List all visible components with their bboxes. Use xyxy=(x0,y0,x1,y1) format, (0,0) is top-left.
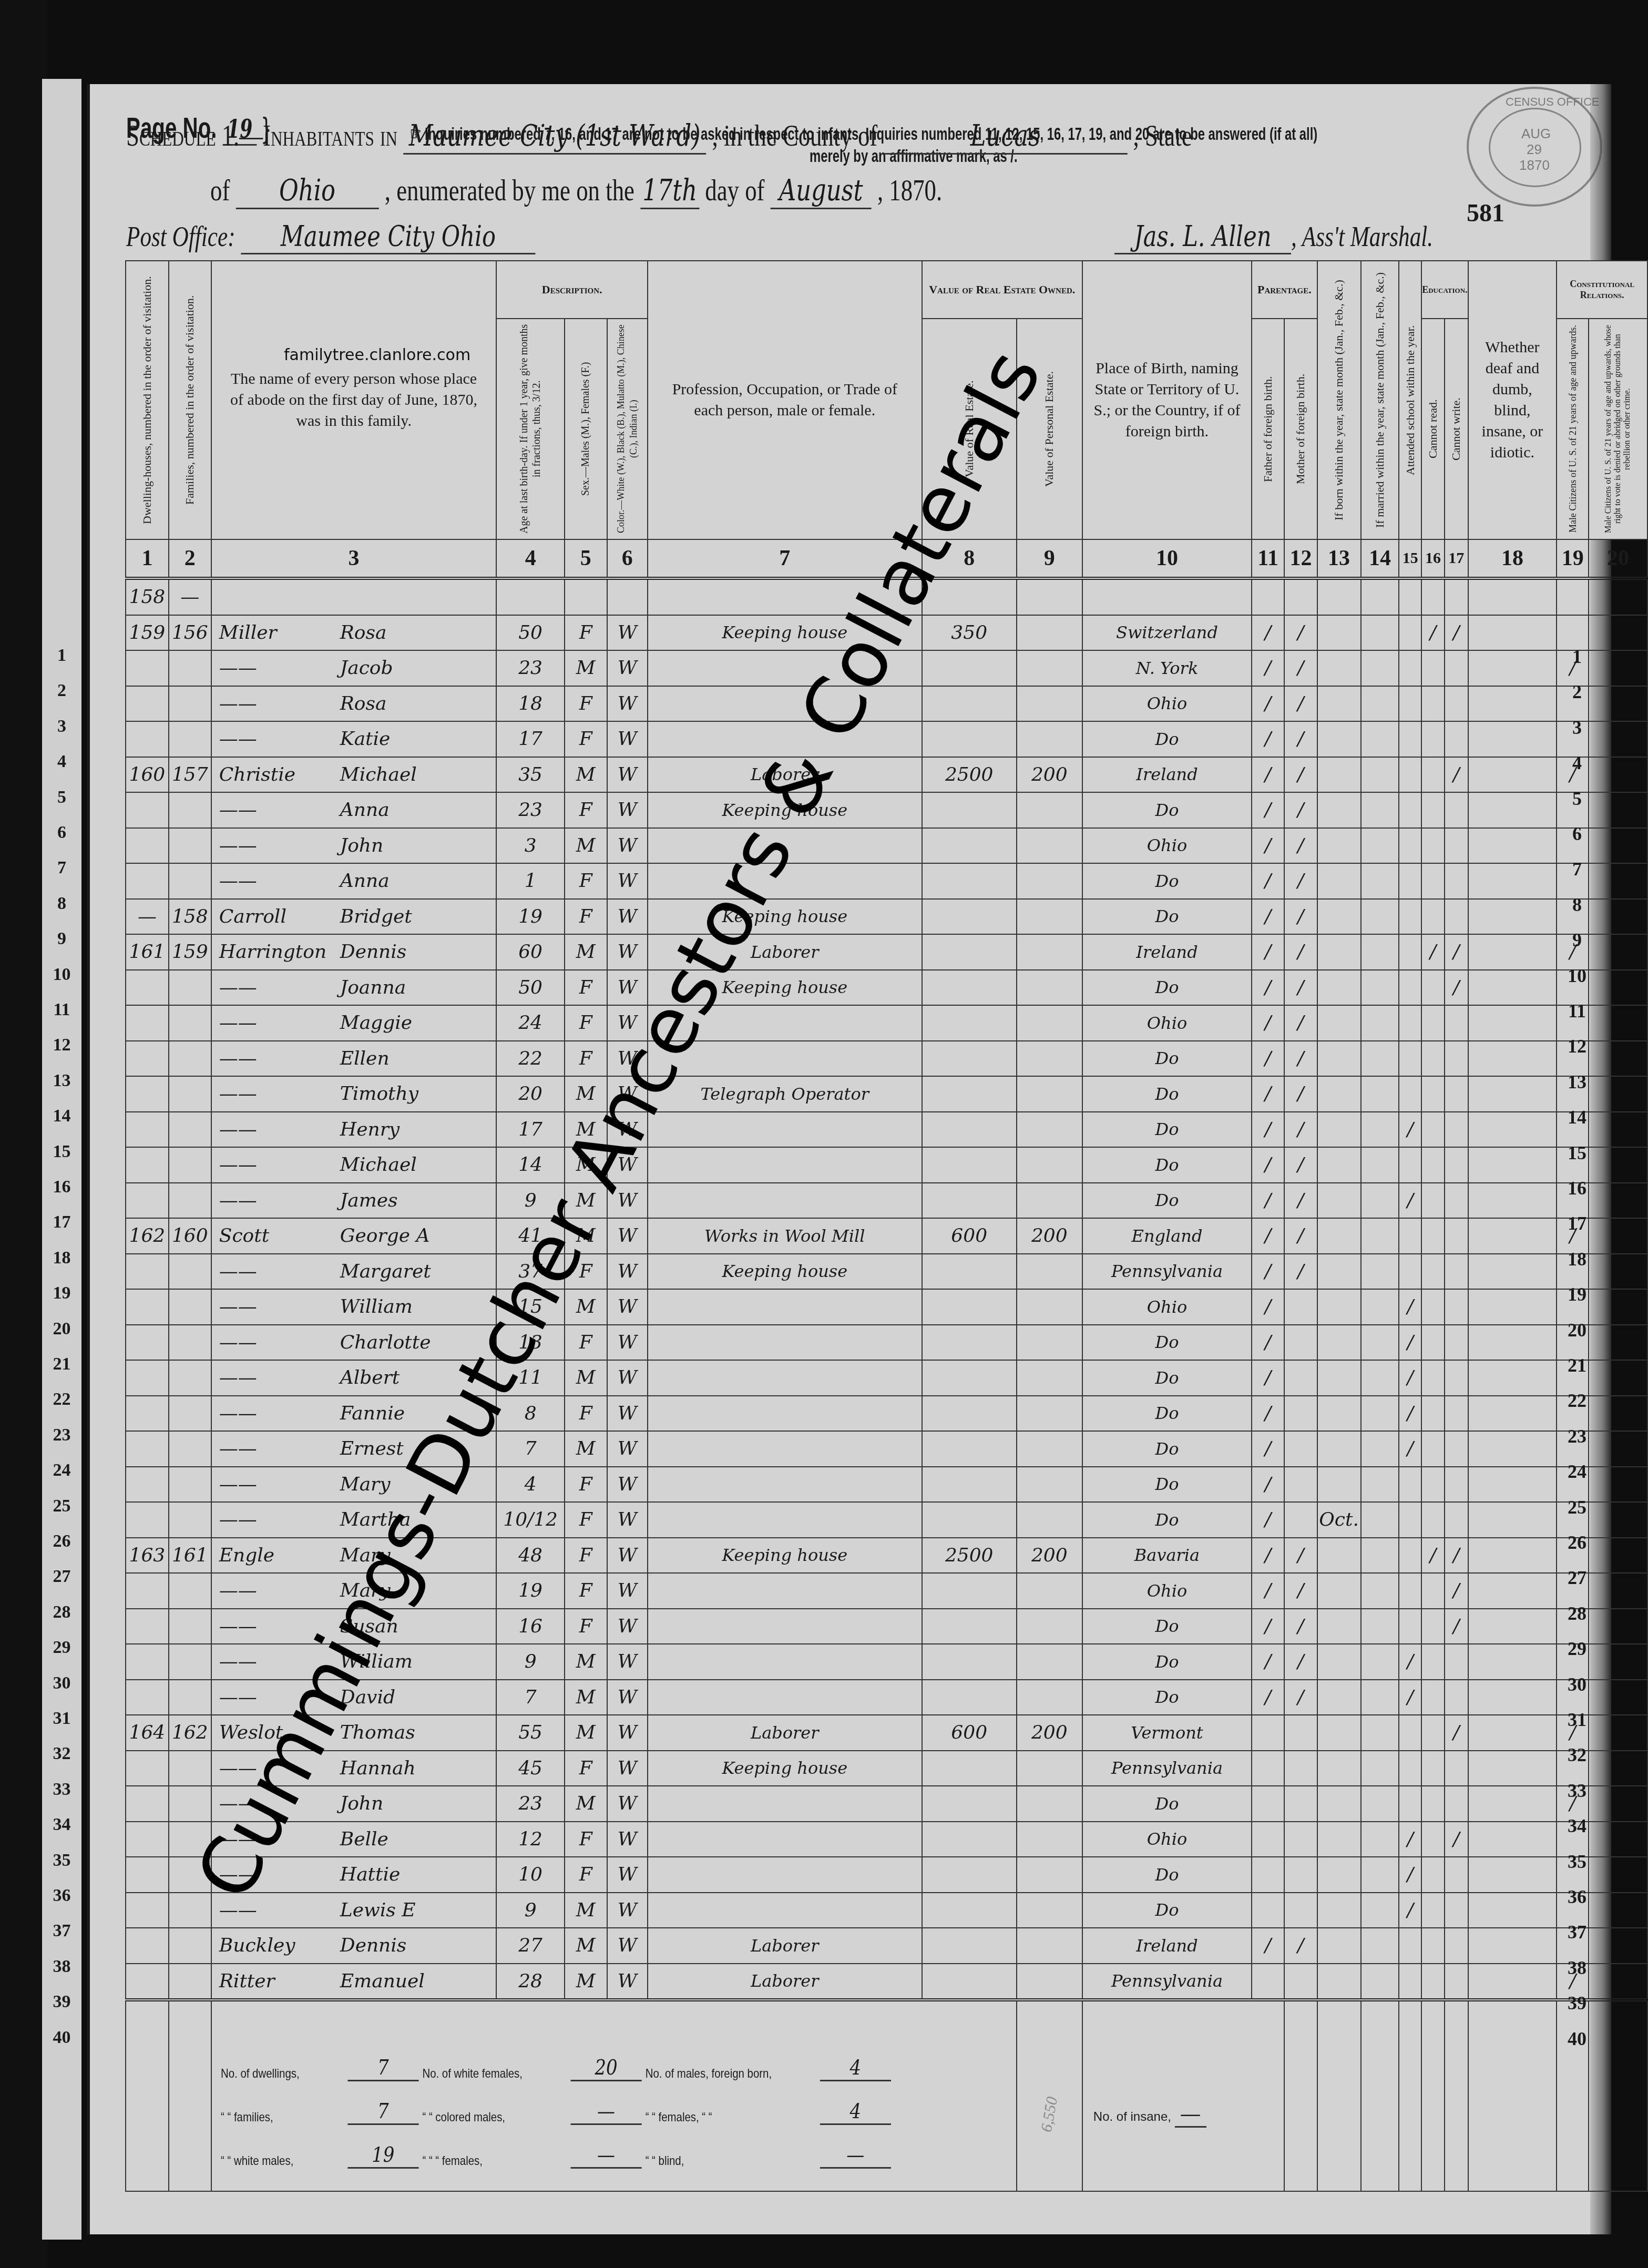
cell-disability xyxy=(1468,757,1557,793)
cell-mother-foreign: / xyxy=(1284,1644,1317,1680)
column-number: 20 xyxy=(1589,539,1647,578)
given-name: John xyxy=(340,835,383,856)
cell-disability xyxy=(1468,1964,1557,2000)
cell-age: 28 xyxy=(496,1964,565,2000)
cell-father-foreign: / xyxy=(1252,1360,1284,1396)
cell-father-foreign: / xyxy=(1252,1183,1284,1219)
cell-sex: F xyxy=(565,899,607,935)
cell-born-month xyxy=(1317,1573,1361,1609)
cell-mother-foreign: / xyxy=(1284,1609,1317,1644)
cell-married-month xyxy=(1361,1751,1399,1786)
cell-vote-denied xyxy=(1589,1325,1647,1361)
cell-born-month: Oct. xyxy=(1317,1502,1361,1538)
column-number: 1 xyxy=(126,539,169,578)
person-name: ——Michael xyxy=(211,1147,497,1183)
cell-school xyxy=(1399,828,1421,864)
cell-sex: F xyxy=(565,1325,607,1361)
cell-family xyxy=(169,686,211,722)
cell-occupation xyxy=(648,1857,922,1893)
cell-disability xyxy=(1468,828,1557,864)
cell-father-foreign: / xyxy=(1252,757,1284,793)
cell-vote-denied xyxy=(1589,1609,1647,1644)
line-number: 33 xyxy=(42,1780,81,1800)
cell-birthplace: Do xyxy=(1082,1325,1252,1361)
cell-father-foreign xyxy=(1252,1857,1284,1893)
cell-father-foreign: / xyxy=(1252,650,1284,686)
cell-married-month xyxy=(1361,1538,1399,1574)
cell-school xyxy=(1399,1751,1421,1786)
cell-born-month xyxy=(1317,1254,1361,1290)
cell-school xyxy=(1399,615,1421,651)
col-birthplace-header: Place of Birth, naming State or Territor… xyxy=(1082,261,1252,539)
cell-cannot-write xyxy=(1445,1325,1468,1361)
cell-dwelling xyxy=(126,1325,169,1361)
cell-dwelling xyxy=(126,686,169,722)
cell-married-month xyxy=(1361,1218,1399,1254)
summary-counts: No. of dwellings,7 No. of white females,… xyxy=(211,2000,1017,2191)
col-father-foreign-header: Father of foreign birth. xyxy=(1252,319,1284,539)
cell-age: 24 xyxy=(496,1005,565,1041)
cell-dwelling xyxy=(126,1360,169,1396)
table-row: ——Mary4FWDo/ xyxy=(126,1467,1647,1503)
cell-color xyxy=(607,578,648,615)
cell-real-estate xyxy=(922,934,1017,970)
cell-cannot-read xyxy=(1421,1751,1445,1786)
cell-birthplace: Do xyxy=(1082,1112,1252,1148)
cell-family xyxy=(169,1431,211,1467)
cell-family xyxy=(169,1751,211,1786)
line-number: 18 xyxy=(42,1248,81,1268)
cell-sex: F xyxy=(565,1609,607,1644)
cell-dwelling: 164 xyxy=(126,1715,169,1751)
given-name: Rosa xyxy=(340,622,387,643)
cell-birthplace: Pennsylvania xyxy=(1082,1964,1252,2000)
line-number: 14 xyxy=(42,1106,81,1126)
cell-vote-denied xyxy=(1589,970,1647,1006)
cell-dwelling xyxy=(126,1147,169,1183)
cell-mother-foreign xyxy=(1284,578,1317,615)
cell-personal-estate xyxy=(1017,578,1082,615)
cell-father-foreign: / xyxy=(1252,1289,1284,1325)
col-cannot-read-header: Cannot read. xyxy=(1421,319,1445,539)
cell-born-month xyxy=(1317,1431,1361,1467)
surname: —— xyxy=(219,1296,340,1317)
cell-vote-denied xyxy=(1589,615,1647,651)
cell-age: 50 xyxy=(496,970,565,1006)
cell-married-month xyxy=(1361,1325,1399,1361)
cell-family xyxy=(169,863,211,899)
given-name: William xyxy=(340,1296,413,1317)
cell-real-estate: 350 xyxy=(922,615,1017,651)
cell-real-estate: 600 xyxy=(922,1715,1017,1751)
cell-sex: M xyxy=(565,1715,607,1751)
cell-father-foreign: / xyxy=(1252,1076,1284,1112)
person-name: ——Jacob xyxy=(211,650,497,686)
given-name: Ernest xyxy=(340,1438,404,1459)
cell-cannot-write: / xyxy=(1445,1609,1468,1644)
cell-color: W xyxy=(607,1857,648,1893)
column-number: 17 xyxy=(1445,539,1468,578)
cell-vote-denied xyxy=(1589,1786,1647,1822)
person-name: ——Margaret xyxy=(211,1254,497,1290)
line-number: 21 xyxy=(1564,1354,1590,1376)
cell-occupation: Laborer xyxy=(648,1928,922,1964)
cell-mother-foreign: / xyxy=(1284,721,1317,757)
white-males-count: 19 xyxy=(347,2143,419,2169)
line-number: 15 xyxy=(1564,1142,1590,1164)
table-row: ——William15MWOhio// xyxy=(126,1289,1647,1325)
person-name: HarringtonDennis xyxy=(211,934,497,970)
line-number: 9 xyxy=(42,929,81,949)
cell-sex: M xyxy=(565,934,607,970)
table-row: ——Ernest7MWDo// xyxy=(126,1431,1647,1467)
cell-birthplace: Do xyxy=(1082,1041,1252,1077)
given-name: Fannie xyxy=(340,1403,405,1424)
cell-born-month xyxy=(1317,1218,1361,1254)
cell-mother-foreign xyxy=(1284,1786,1317,1822)
cell-disability xyxy=(1468,650,1557,686)
cell-color: W xyxy=(607,899,648,935)
cell-married-month xyxy=(1361,1680,1399,1715)
cell-color: W xyxy=(607,1715,648,1751)
cell-disability xyxy=(1468,1325,1557,1361)
line-number: 25 xyxy=(1564,1496,1590,1518)
surname: —— xyxy=(219,1154,340,1176)
cell-vote-denied xyxy=(1589,1396,1647,1432)
cell-vote-denied xyxy=(1589,1502,1647,1538)
cell-dwelling: 162 xyxy=(126,1218,169,1254)
table-row: ——Katie17FWDo// xyxy=(126,721,1647,757)
schedule-1-line: Schedule 1.—Inhabitants in Maumee City (… xyxy=(126,119,1192,155)
cell-personal-estate xyxy=(1017,1431,1082,1467)
cell-sex: M xyxy=(565,1893,607,1928)
cell-dwelling xyxy=(126,1289,169,1325)
cell-married-month xyxy=(1361,721,1399,757)
cell-age: 48 xyxy=(496,1538,565,1574)
cell-born-month xyxy=(1317,1396,1361,1432)
cell-real-estate xyxy=(922,1467,1017,1503)
cell-disability xyxy=(1468,1715,1557,1751)
cell-mother-foreign: / xyxy=(1284,934,1317,970)
line-number: 25 xyxy=(42,1496,81,1516)
cell-color: W xyxy=(607,757,648,793)
table-row: ——Belle12FWOhio// xyxy=(126,1822,1647,1857)
table-row: ——Michael14MWDo// xyxy=(126,1147,1647,1183)
column-number: 9 xyxy=(1017,539,1082,578)
cell-born-month xyxy=(1317,1325,1361,1361)
cell-school: / xyxy=(1399,1325,1421,1361)
table-row: 162160ScottGeorge A41MWWorks in Wool Mil… xyxy=(126,1218,1647,1254)
cell-disability xyxy=(1468,970,1557,1006)
cell-school xyxy=(1399,863,1421,899)
cell-age: 17 xyxy=(496,1112,565,1148)
cell-color: W xyxy=(607,1680,648,1715)
cell-vote-denied xyxy=(1589,828,1647,864)
person-name: ——John xyxy=(211,828,497,864)
cell-birthplace: Ohio xyxy=(1082,1005,1252,1041)
person-name: ——Maggie xyxy=(211,1005,497,1041)
cell-age: 20 xyxy=(496,1076,565,1112)
given-name: Anna xyxy=(340,799,390,821)
cell-school: / xyxy=(1399,1680,1421,1715)
cell-cannot-write xyxy=(1445,1431,1468,1467)
col-color-header: Color.—White (W.), Black (B.), Mulatto (… xyxy=(607,319,648,539)
line-number: 12 xyxy=(42,1035,81,1055)
cell-color: W xyxy=(607,1644,648,1680)
cell-birthplace: Ireland xyxy=(1082,757,1252,793)
line-number: 23 xyxy=(42,1425,81,1445)
cell-mother-foreign: / xyxy=(1284,899,1317,935)
cell-occupation xyxy=(648,1431,922,1467)
line-number: 36 xyxy=(42,1886,81,1906)
cell-father-foreign: / xyxy=(1252,863,1284,899)
cell-occupation xyxy=(648,1822,922,1857)
cell-married-month xyxy=(1361,1183,1399,1219)
table-row: ——Margaret37FWKeeping housePennsylvania/… xyxy=(126,1254,1647,1290)
cell-personal-estate xyxy=(1017,1680,1082,1715)
cell-real-estate xyxy=(922,686,1017,722)
cell-school xyxy=(1399,1041,1421,1077)
cell-father-foreign xyxy=(1252,1751,1284,1786)
cell-cannot-read xyxy=(1421,650,1445,686)
cell-born-month xyxy=(1317,970,1361,1006)
cell-born-month xyxy=(1317,1147,1361,1183)
cell-married-month xyxy=(1361,863,1399,899)
state-date-line: of Ohio , enumerated by me on the 17th d… xyxy=(210,173,942,209)
cell-birthplace: Do xyxy=(1082,863,1252,899)
cell-school: / xyxy=(1399,1289,1421,1325)
cell-father-foreign xyxy=(1252,1893,1284,1928)
line-number: 9 xyxy=(1564,929,1590,951)
cell-personal-estate xyxy=(1017,1041,1082,1077)
cell-school xyxy=(1399,1573,1421,1609)
col-sex-header: Sex.—Males (M.), Females (F.) xyxy=(565,319,607,539)
cell-birthplace: Do xyxy=(1082,1431,1252,1467)
cell-dwelling xyxy=(126,650,169,686)
cell-disability xyxy=(1468,1005,1557,1041)
cell-father-foreign xyxy=(1252,1715,1284,1751)
cell-occupation xyxy=(648,1183,922,1219)
cell-vote-denied xyxy=(1589,1005,1647,1041)
cell-cannot-read xyxy=(1421,1467,1445,1503)
cell-born-month xyxy=(1317,1893,1361,1928)
state-name: Ohio xyxy=(236,173,379,209)
cell-real-estate xyxy=(922,828,1017,864)
line-number: 27 xyxy=(1564,1567,1590,1589)
line-number: 31 xyxy=(1564,1709,1590,1731)
cell-cannot-read xyxy=(1421,863,1445,899)
cell-born-month xyxy=(1317,1964,1361,2000)
cell-birthplace: Do xyxy=(1082,721,1252,757)
cell-occupation xyxy=(648,1289,922,1325)
cell-disability xyxy=(1468,1822,1557,1857)
person-name: ——Ellen xyxy=(211,1041,497,1077)
column-number: 2 xyxy=(169,539,211,578)
surname: —— xyxy=(219,1012,340,1034)
line-number: 18 xyxy=(1564,1248,1590,1270)
cell-cannot-write xyxy=(1445,1360,1468,1396)
col-dwelling-header: Dwelling-houses, numbered in the order o… xyxy=(126,261,169,539)
cell-color: W xyxy=(607,1786,648,1822)
cell-cannot-write xyxy=(1445,1644,1468,1680)
cell-mother-foreign: / xyxy=(1284,650,1317,686)
cell-cannot-write xyxy=(1445,1857,1468,1893)
line-number: 32 xyxy=(42,1744,81,1764)
cell-married-month xyxy=(1361,1289,1399,1325)
given-name: Maggie xyxy=(340,1012,412,1034)
cell-disability xyxy=(1468,721,1557,757)
cell-sex: M xyxy=(565,1964,607,2000)
cell-disability xyxy=(1468,1786,1557,1822)
cell-personal-estate xyxy=(1017,1786,1082,1822)
line-number: 17 xyxy=(42,1212,81,1232)
line-number: 1 xyxy=(1564,646,1590,668)
line-number: 2 xyxy=(1564,681,1590,703)
line-number: 12 xyxy=(1564,1035,1590,1057)
cell-disability xyxy=(1468,1857,1557,1893)
cell-cannot-read: / xyxy=(1421,615,1445,651)
cell-family xyxy=(169,1644,211,1680)
cell-birthplace xyxy=(1082,578,1252,615)
cell-father-foreign: / xyxy=(1252,1325,1284,1361)
cell-sex: F xyxy=(565,1467,607,1503)
cell-father-foreign: / xyxy=(1252,1218,1284,1254)
cell-vote-denied xyxy=(1589,1715,1647,1751)
cell-sex xyxy=(565,578,607,615)
cell-cannot-read xyxy=(1421,1786,1445,1822)
cell-mother-foreign: / xyxy=(1284,792,1317,828)
cell-disability xyxy=(1468,1041,1557,1077)
cell-real-estate xyxy=(922,1928,1017,1964)
given-name: Ellen xyxy=(340,1048,390,1069)
cell-cannot-write xyxy=(1445,828,1468,864)
cell-vote-denied xyxy=(1589,578,1647,615)
cell-age: 35 xyxy=(496,757,565,793)
cell-family xyxy=(169,1396,211,1432)
line-number: 3 xyxy=(1564,717,1590,739)
cell-married-month xyxy=(1361,1502,1399,1538)
line-number: 29 xyxy=(1564,1638,1590,1660)
given-name: James xyxy=(340,1190,398,1211)
given-name: John xyxy=(340,1793,383,1814)
cell-birthplace: Do xyxy=(1082,1644,1252,1680)
cell-dwelling xyxy=(126,1076,169,1112)
cell-sex: F xyxy=(565,1005,607,1041)
person-name: CarrollBridget xyxy=(211,899,497,935)
cell-age: 23 xyxy=(496,1786,565,1822)
surname: —— xyxy=(219,1474,340,1495)
surname: —— xyxy=(219,1367,340,1388)
table-row: ——Hattie10FWDo/ xyxy=(126,1857,1647,1893)
cell-real-estate xyxy=(922,863,1017,899)
given-name: Michael xyxy=(340,764,417,785)
real-estate-group-header: Value of Real Estate Owned. xyxy=(922,261,1082,319)
column-number: 10 xyxy=(1082,539,1252,578)
cell-cannot-write xyxy=(1445,1041,1468,1077)
given-name: Belle xyxy=(340,1828,388,1850)
cell-real-estate xyxy=(922,1893,1017,1928)
cell-mother-foreign xyxy=(1284,1289,1317,1325)
cell-personal-estate xyxy=(1017,1644,1082,1680)
post-office-line: Post Office: Maumee City Ohio xyxy=(126,220,535,254)
cell-dwelling xyxy=(126,1573,169,1609)
cell-family xyxy=(169,1964,211,2000)
cell-family xyxy=(169,1076,211,1112)
cell-family xyxy=(169,1502,211,1538)
cell-birthplace: Do xyxy=(1082,1857,1252,1893)
cell-personal-estate xyxy=(1017,686,1082,722)
column-number: 4 xyxy=(496,539,565,578)
cell-occupation: Keeping house xyxy=(648,1751,922,1786)
cell-birthplace: Do xyxy=(1082,1786,1252,1822)
cell-dwelling xyxy=(126,1254,169,1290)
cell-family xyxy=(169,1573,211,1609)
cell-personal-estate xyxy=(1017,650,1082,686)
cell-cannot-read xyxy=(1421,1644,1445,1680)
person-name: ScottGeorge A xyxy=(211,1218,497,1254)
cell-mother-foreign: / xyxy=(1284,1928,1317,1964)
cell-disability xyxy=(1468,792,1557,828)
cell-school xyxy=(1399,1147,1421,1183)
cell-age: 19 xyxy=(496,1573,565,1609)
line-number: 20 xyxy=(42,1319,81,1339)
cell-born-month xyxy=(1317,1005,1361,1041)
cell-real-estate xyxy=(922,1822,1017,1857)
cell-mother-foreign xyxy=(1284,1822,1317,1857)
cell-cannot-read xyxy=(1421,1715,1445,1751)
line-number: 27 xyxy=(42,1567,81,1587)
cell-color: W xyxy=(607,686,648,722)
cell-cannot-read xyxy=(1421,1431,1445,1467)
cell-school xyxy=(1399,1715,1421,1751)
cell-vote-denied xyxy=(1589,650,1647,686)
cell-real-estate xyxy=(922,1183,1017,1219)
cell-birthplace: Do xyxy=(1082,1609,1252,1644)
column-number: 12 xyxy=(1284,539,1317,578)
cell-cannot-write: / xyxy=(1445,970,1468,1006)
line-number: 37 xyxy=(1564,1921,1590,1943)
line-number: 2 xyxy=(42,681,81,701)
cell-father-foreign xyxy=(1252,578,1284,615)
cell-cannot-read xyxy=(1421,899,1445,935)
column-number: 15 xyxy=(1399,539,1421,578)
surname: —— xyxy=(219,1438,340,1459)
cell-family: 156 xyxy=(169,615,211,651)
cell-color: W xyxy=(607,1396,648,1432)
summary-insane: No. of insane, — xyxy=(1082,2000,1284,2191)
cell-married-month xyxy=(1361,686,1399,722)
cell-occupation: Laborer xyxy=(648,1964,922,2000)
cell-cannot-write xyxy=(1445,1183,1468,1219)
cell-cannot-read xyxy=(1421,1005,1445,1041)
cell-school xyxy=(1399,650,1421,686)
surname: Ritter xyxy=(219,1970,340,1992)
cell-married-month xyxy=(1361,1360,1399,1396)
surname: Buckley xyxy=(219,1935,340,1956)
cell-color: W xyxy=(607,1431,648,1467)
cell-dwelling xyxy=(126,792,169,828)
cell-real-estate xyxy=(922,899,1017,935)
cell-married-month xyxy=(1361,1715,1399,1751)
cell-cannot-write xyxy=(1445,1396,1468,1432)
cell-father-foreign: / xyxy=(1252,1538,1284,1574)
cell-sex: M xyxy=(565,1644,607,1680)
census-rows: 158—159156MillerRosa50FWKeeping house350… xyxy=(126,578,1647,2000)
cell-cannot-write xyxy=(1445,650,1468,686)
person-name: ChristieMichael xyxy=(211,757,497,793)
cell-disability xyxy=(1468,1431,1557,1467)
person-name: ——Henry xyxy=(211,1112,497,1148)
